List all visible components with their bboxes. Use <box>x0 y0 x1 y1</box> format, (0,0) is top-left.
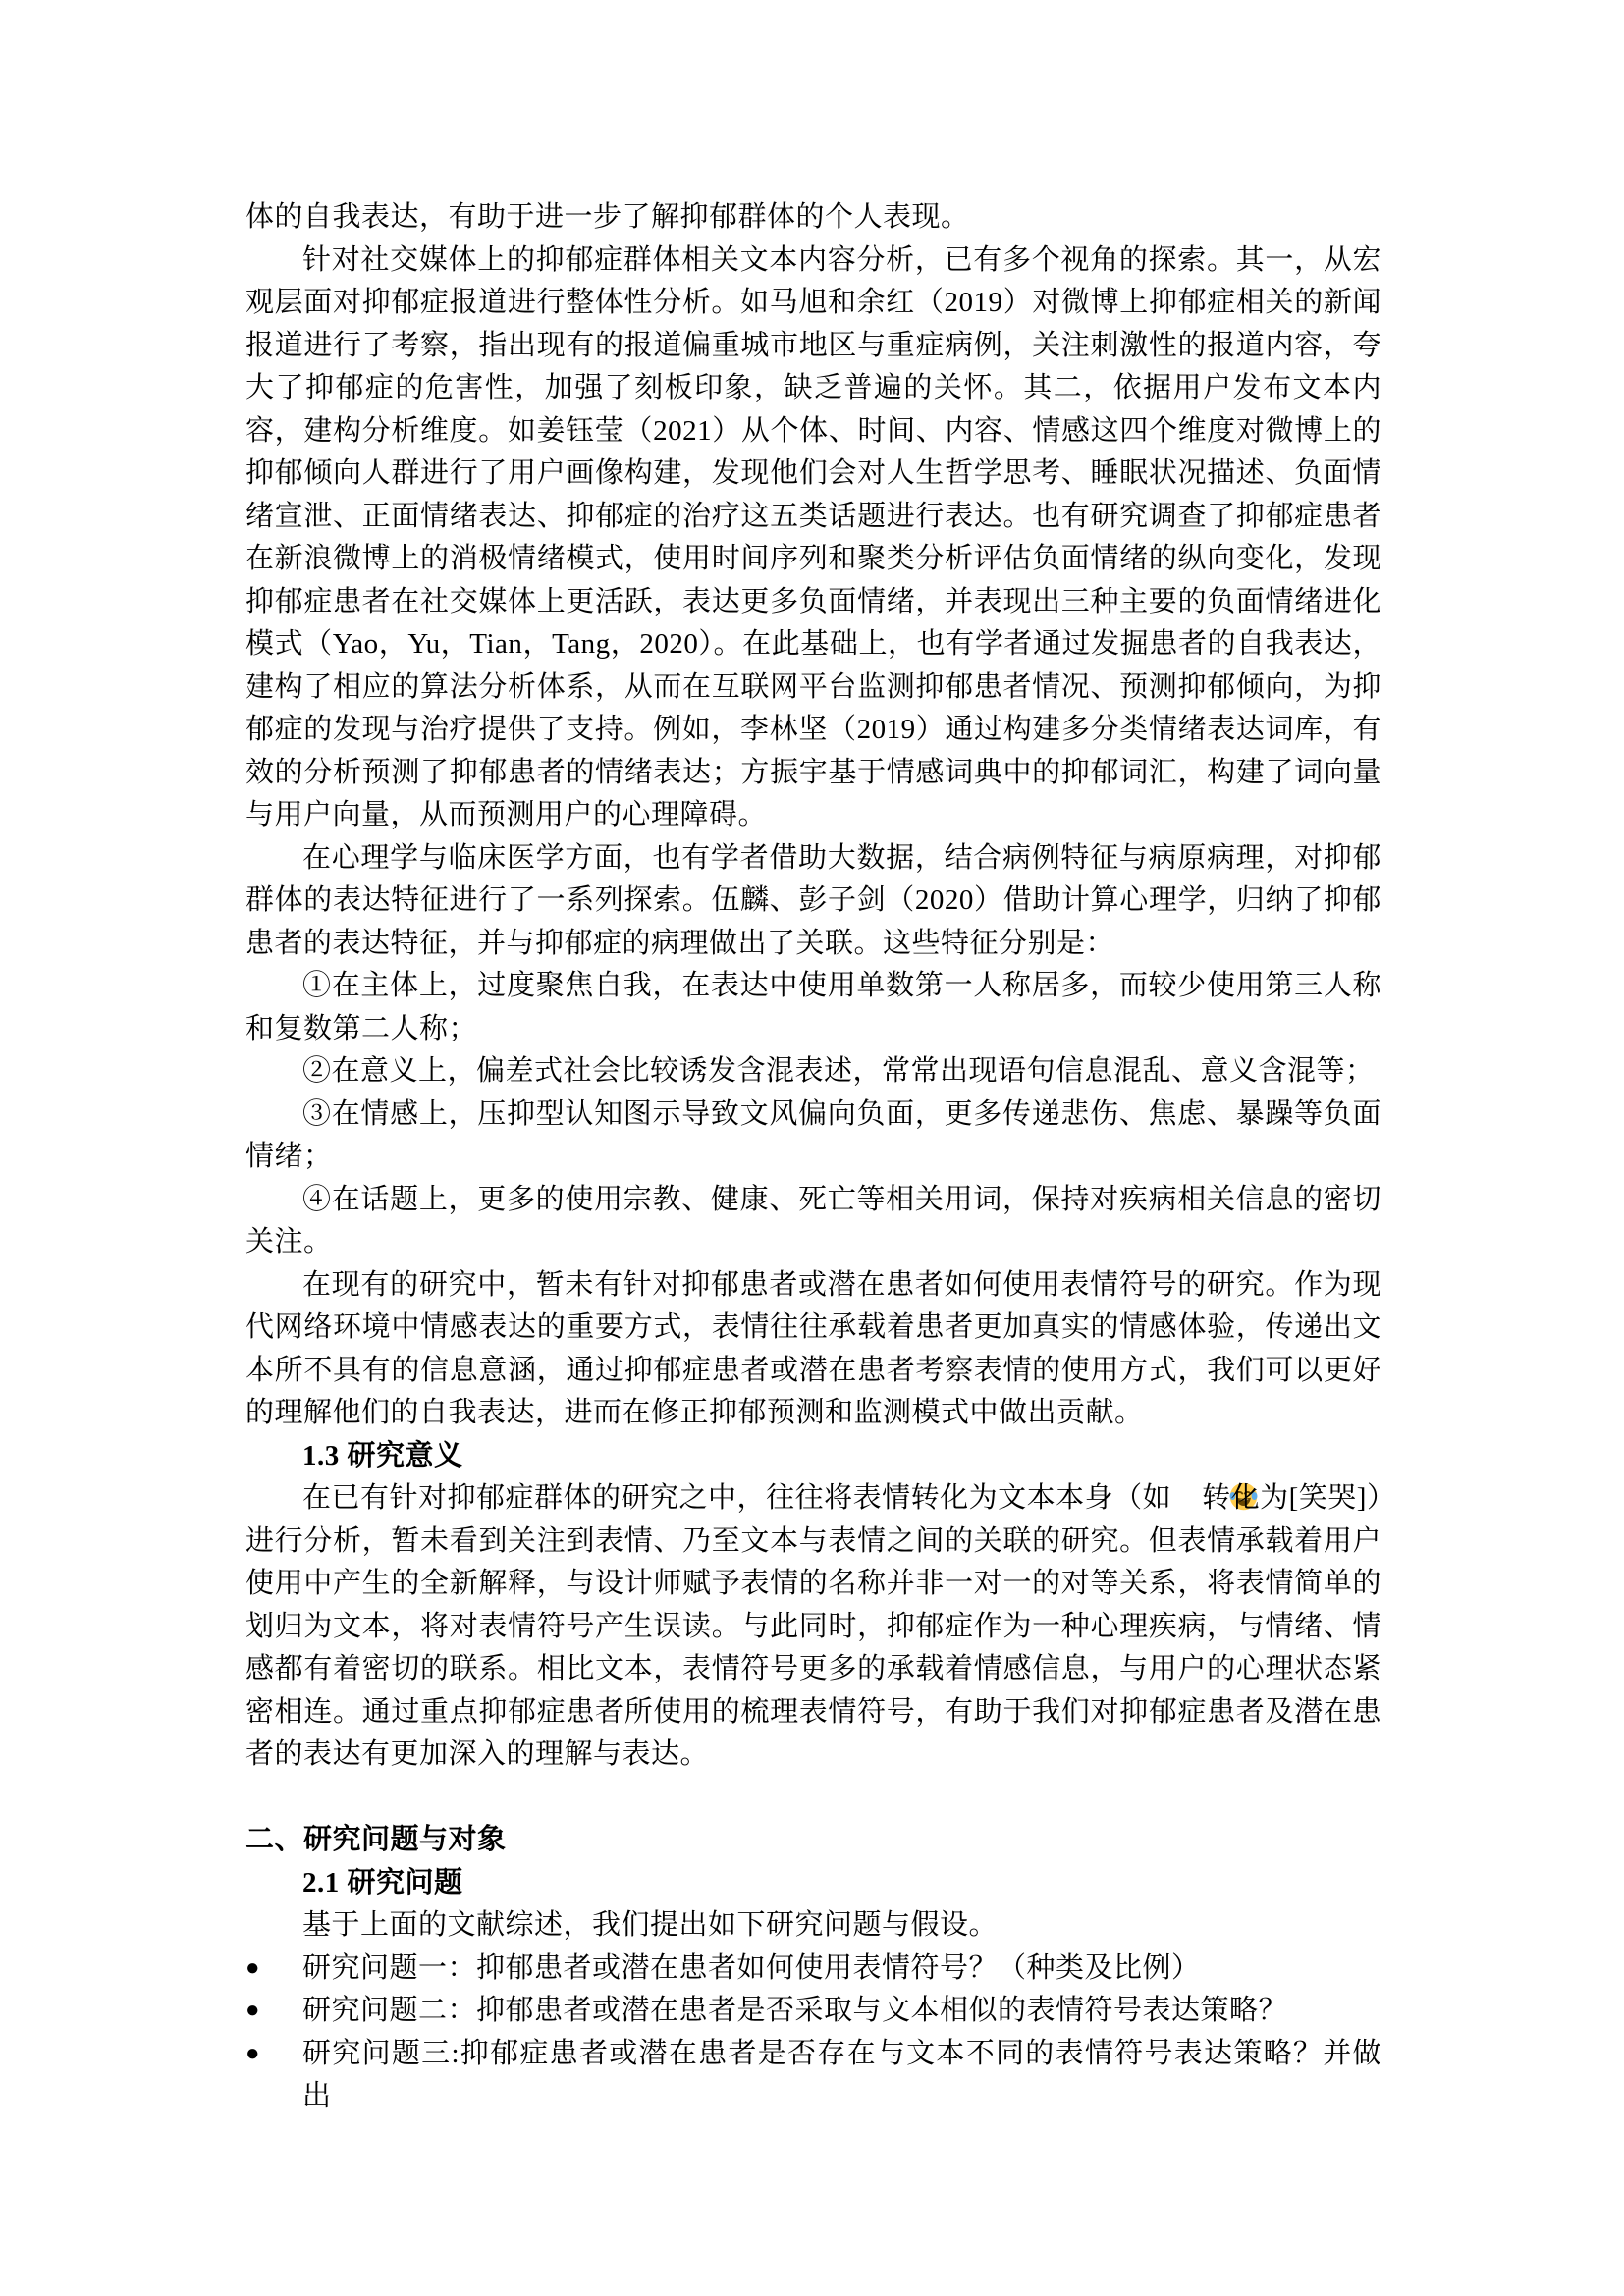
feature-item-2: ②在意义上，偏差式社会比较诱发含混表述，常常出现语句信息混乱、意义含混等； <box>245 1050 1381 1094</box>
bullet-icon: ● <box>245 1948 302 1991</box>
document-page: 体的自我表达，有助于进一步了解抑郁群体的个人表现。 针对社交媒体上的抑郁症群体相… <box>0 0 1624 2296</box>
heading-research-questions: 2.1 研究问题 <box>245 1862 1381 1905</box>
heading-research-significance: 1.3 研究意义 <box>245 1435 1381 1478</box>
paragraph-research-gap: 在现有的研究中，暂未有针对抑郁患者或潜在患者如何使用表情符号的研究。作为现代网络… <box>245 1264 1381 1435</box>
research-question-1-text: 研究问题一：抑郁患者或潜在患者如何使用表情符号？（种类及比例） <box>302 1948 1381 1991</box>
research-question-2: ● 研究问题二：抑郁患者或潜在患者是否采取与文本相似的表情符号表达策略？ <box>245 1990 1381 2033</box>
paragraph-research-significance: 在已有针对抑郁症群体的研究之中，往往将表情转化为文本本身（如 转化为[笑哭]）进… <box>245 1477 1381 1777</box>
feature-item-1: ①在主体上，过度聚焦自我，在表达中使用单数第一人称居多，而较少使用第三人称和复数… <box>245 965 1381 1050</box>
paragraph-macro-analysis: 针对社交媒体上的抑郁症群体相关文本内容分析，已有多个视角的探索。其一，从宏观层面… <box>245 240 1381 837</box>
paragraph-continuation: 体的自我表达，有助于进一步了解抑郁群体的个人表现。 <box>245 196 1381 240</box>
feature-item-3: ③在情感上，压抑型认知图示导致文风偏向负面，更多传递悲伤、焦虑、暴躁等负面情绪； <box>245 1094 1381 1179</box>
bullet-icon: ● <box>245 2033 302 2076</box>
face-with-tears-of-joy-emoji-icon <box>1171 1481 1202 1512</box>
research-question-1: ● 研究问题一：抑郁患者或潜在患者如何使用表情符号？（种类及比例） <box>245 1948 1381 1991</box>
research-question-3: ● 研究问题三:抑郁症患者或潜在患者是否存在与文本不同的表情符号表达策略？并做出 <box>245 2033 1381 2118</box>
heading-section-2: 二、研究问题与对象 <box>245 1819 1381 1862</box>
document-body: 体的自我表达，有助于进一步了解抑郁群体的个人表现。 针对社交媒体上的抑郁症群体相… <box>245 196 1381 2118</box>
significance-text-after-emoji: 转化为[笑哭]）进行分析，暂未看到关注到表情、乃至文本与表情之间的关联的研究。但… <box>245 1482 1381 1770</box>
research-question-2-text: 研究问题二：抑郁患者或潜在患者是否采取与文本相似的表情符号表达策略？ <box>302 1990 1381 2033</box>
significance-text-before-emoji: 在已有针对抑郁症群体的研究之中，往往将表情转化为文本本身（如 <box>302 1482 1171 1514</box>
paragraph-psychology-medicine: 在心理学与临床医学方面，也有学者借助大数据，结合病例特征与病原病理，对抑郁群体的… <box>245 837 1381 966</box>
feature-item-4: ④在话题上，更多的使用宗教、健康、死亡等相关用词，保持对疾病相关信息的密切关注。 <box>245 1179 1381 1264</box>
paragraph-question-basis: 基于上面的文献综述，我们提出如下研究问题与假设。 <box>245 1904 1381 1948</box>
research-question-3-text: 研究问题三:抑郁症患者或潜在患者是否存在与文本不同的表情符号表达策略？并做出 <box>302 2033 1381 2118</box>
bullet-icon: ● <box>245 1990 302 2033</box>
